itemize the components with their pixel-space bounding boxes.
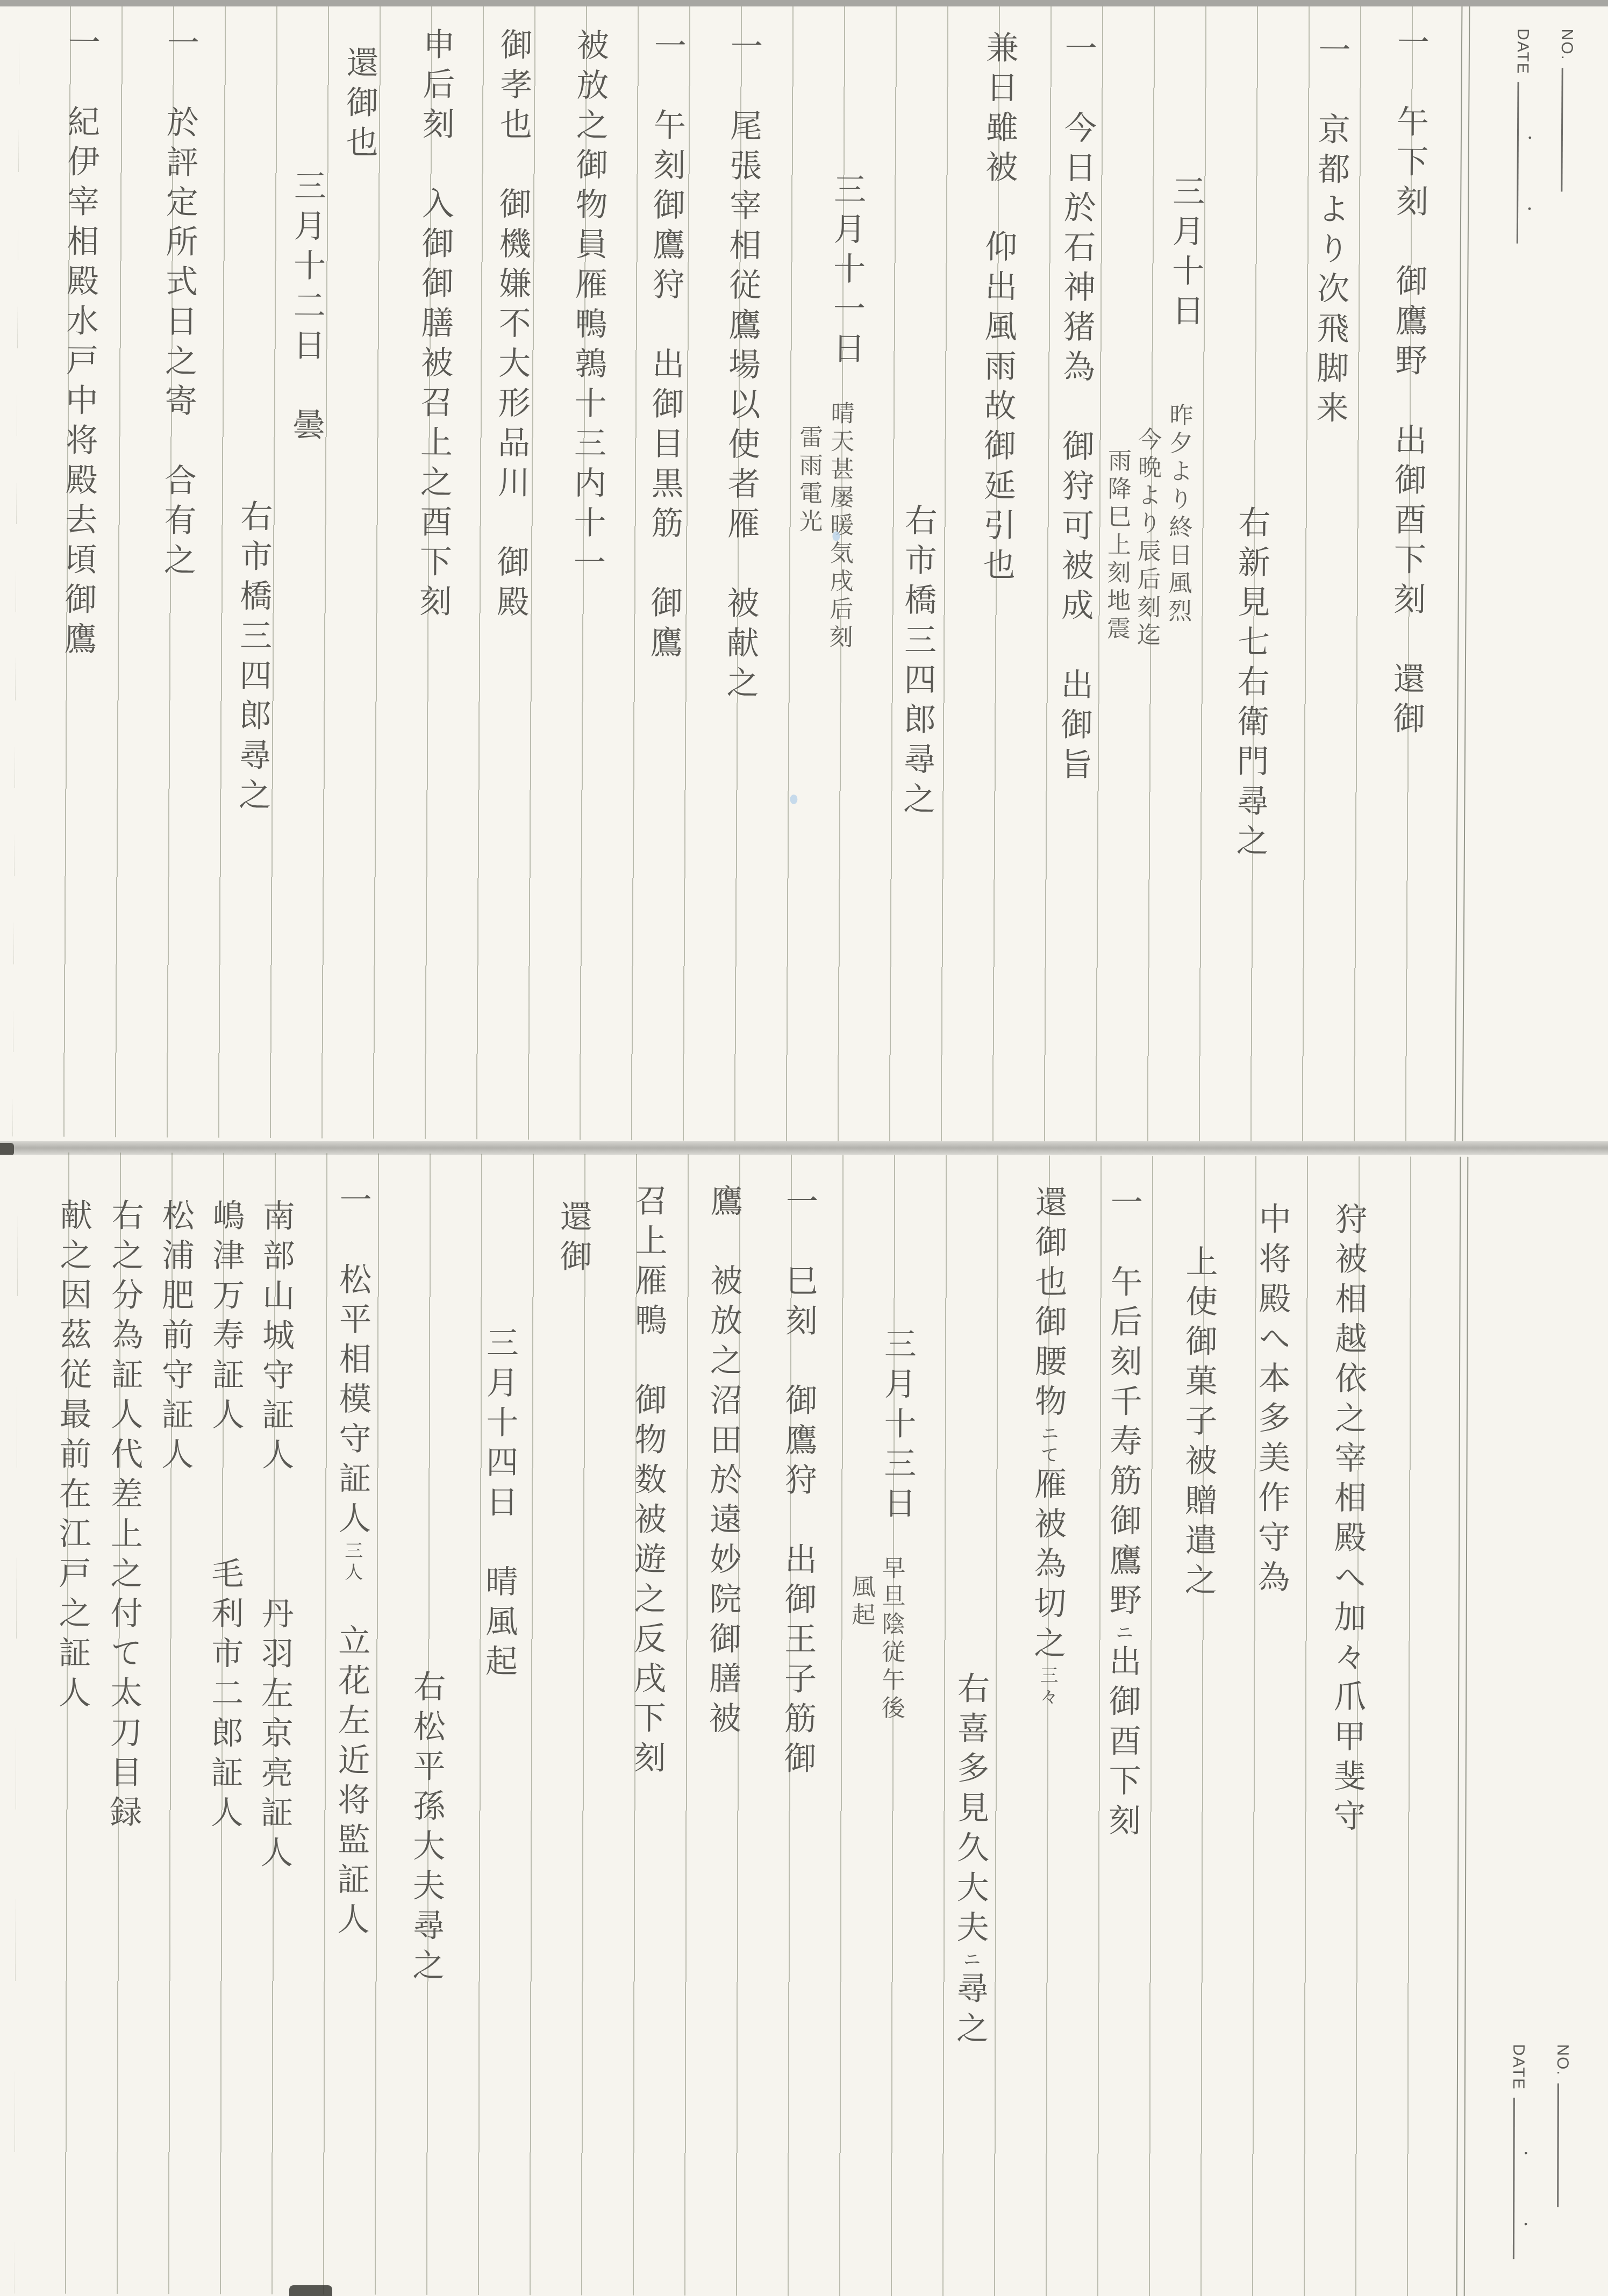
- handwritten-column: 三月十三日: [874, 1327, 921, 1526]
- date-label: DATE: [1510, 2044, 1527, 2090]
- handwritten-column: 還御也: [336, 46, 383, 166]
- handwritten-column: 一 於評定所式日之寄 合有之: [154, 26, 204, 583]
- handwritten-column: 一 紀伊宰相殿水戸中将殿去頃御鷹: [55, 25, 105, 662]
- handwritten-column: 一 尾張宰相従鷹場以使者雁 被献之: [717, 29, 767, 706]
- scanned-document: NO. DATE・ ・ 一 午下刻 御鷹野 出御酉下刻 還御一 京都より次飛脚来…: [0, 0, 1608, 2296]
- handwritten-column: 申后刻 入御御膳被召上之酉下刻: [410, 27, 460, 625]
- handwritten-column: 一 京都より次飛脚来: [1306, 33, 1355, 431]
- handwritten-column: 兼日雖被 仰出風雨故御延引也: [974, 31, 1023, 588]
- handwritten-column: 右新見七右衛門尋之: [1226, 505, 1275, 864]
- handwritten-text: 一 松平相模守証人: [333, 1183, 372, 1541]
- handwritten-column: 右之分為証人代差上之付て太刀目録: [100, 1198, 148, 1835]
- date-dots: ・ ・: [1520, 131, 1540, 237]
- handwritten-text: 立花左近将監証人: [332, 1584, 371, 1942]
- handwritten-column: 上使御菓子被贈遣之: [1175, 1244, 1223, 1603]
- handwritten-text: 尋之: [951, 1971, 989, 2051]
- handwritten-column: 三月十二日 曇: [283, 169, 331, 448]
- no-label: NO.: [1558, 29, 1576, 61]
- handwritten-text: 一 午后刻千寿筋御鷹野: [1104, 1185, 1143, 1623]
- handwritten-column: 還御也御腰物ニて雁被為切之三々: [1024, 1185, 1072, 1708]
- date-underline: ・ ・: [1517, 82, 1523, 244]
- ink-speck: [790, 795, 797, 804]
- handwritten-column: 一 巳刻 御鷹狩 出御王子筋御: [774, 1184, 822, 1781]
- handwritten-note: 三々: [1037, 1665, 1058, 1708]
- handwritten-text: 出御酉下刻: [1103, 1644, 1141, 1843]
- handwritten-column: 一 午后刻千寿筋御鷹野ニ出御酉下刻: [1099, 1185, 1147, 1843]
- handwritten-note: 三人: [341, 1541, 363, 1584]
- date-label: DATE: [1514, 28, 1532, 75]
- handwritten-column: 雷雨電光: [791, 425, 826, 537]
- handwritten-column: 鷹 被放之沼田於遠妙院御膳被: [699, 1184, 747, 1741]
- no-field: NO.: [1553, 2044, 1571, 2207]
- handwritten-column: 狩被相越依之宰相殿へ加々爪甲斐守: [1324, 1202, 1372, 1839]
- handwritten-column: 南部山城守証人 丹羽左京亮証人: [251, 1199, 299, 1875]
- handwritten-note: ニて: [1037, 1424, 1059, 1467]
- no-field: NO.: [1556, 29, 1576, 192]
- handwritten-column: 一 松平相模守証人三人 立花左近将監証人: [328, 1183, 376, 1942]
- handwritten-text: 還御也御腰物: [1030, 1185, 1068, 1424]
- date-field: DATE・ ・: [1512, 28, 1532, 244]
- handwritten-column: 右市橋三四郎尋之: [894, 503, 942, 822]
- date-dots: ・ ・: [1516, 2146, 1536, 2252]
- no-label: NO.: [1554, 2044, 1571, 2076]
- no-underline: [1557, 2084, 1562, 2207]
- handwritten-column: 一 午下刻 御鷹野 出御酉下刻 還御: [1383, 25, 1434, 742]
- handwritten-column: 中将殿へ本多美作守為: [1248, 1202, 1296, 1600]
- handwritten-column: 還御: [550, 1200, 596, 1279]
- handwritten-column: 被放之御物員雁鴨鶉十三内十一: [564, 28, 613, 585]
- handwritten-column: 一 午刻御鷹狩 出御目黒筋 御鷹: [641, 28, 691, 666]
- no-underline: [1561, 68, 1566, 192]
- date-field: DATE・ ・: [1509, 2044, 1527, 2259]
- handwritten-note: ニ: [1112, 1623, 1133, 1644]
- handwritten-column: 三月十一日: [823, 172, 870, 371]
- handwritten-column: 雨降巳上刻地震: [1099, 448, 1134, 643]
- handwritten-column: 献之因茲従最前在江戸之証人: [49, 1198, 97, 1715]
- handwritten-text: 右喜多見久大夫: [951, 1671, 990, 1950]
- handwritten-column: 一 今日於石神猪為 御狩可被成 出御旨: [1050, 31, 1102, 787]
- handwritten-column: 御孝也 御機嫌不大形品川 御殿: [487, 27, 537, 625]
- handwritten-column: 右喜多見久大夫ニ尋之: [947, 1671, 994, 2051]
- page-1: NO. DATE・ ・ 一 午下刻 御鷹野 出御酉下刻 還御一 京都より次飛脚来…: [0, 0, 1608, 1141]
- page-2: NO. DATE・ ・ 狩被相越依之宰相殿へ加々爪甲斐守中将殿へ本多美作守為上使…: [0, 1155, 1608, 2296]
- handwritten-text: 雁被為切之: [1028, 1467, 1067, 1665]
- handwritten-column: 風起: [844, 1574, 878, 1630]
- scan-edge: [0, 0, 1608, 6]
- handwritten-column: 右松平孫大夫尋之: [403, 1670, 450, 1988]
- scan-artifact: [289, 2285, 332, 2296]
- handwritten-column: 三月十四日 晴風起: [476, 1326, 523, 1684]
- ink-speck: [832, 531, 840, 541]
- handwritten-column: 晴天甚屡暖気戌后刻: [821, 400, 857, 652]
- handwritten-column: 早旦陰従午後: [874, 1555, 909, 1723]
- date-underline: ・ ・: [1513, 2098, 1518, 2259]
- handwritten-column: 松浦肥前守証人: [152, 1198, 199, 1477]
- handwritten-column: 三月十日: [1162, 174, 1210, 334]
- handwritten-column: 昨夕より終日風烈: [1160, 403, 1196, 626]
- handwritten-note: ニ: [959, 1950, 981, 1971]
- handwritten-column: 召上雁鴨 御物数被遊之反戌下刻: [624, 1184, 671, 1780]
- handwritten-column: 右市橋三四郎尋之: [229, 499, 277, 818]
- handwritten-column: 嶋津万寿証人 毛利市二郎証人: [201, 1198, 249, 1835]
